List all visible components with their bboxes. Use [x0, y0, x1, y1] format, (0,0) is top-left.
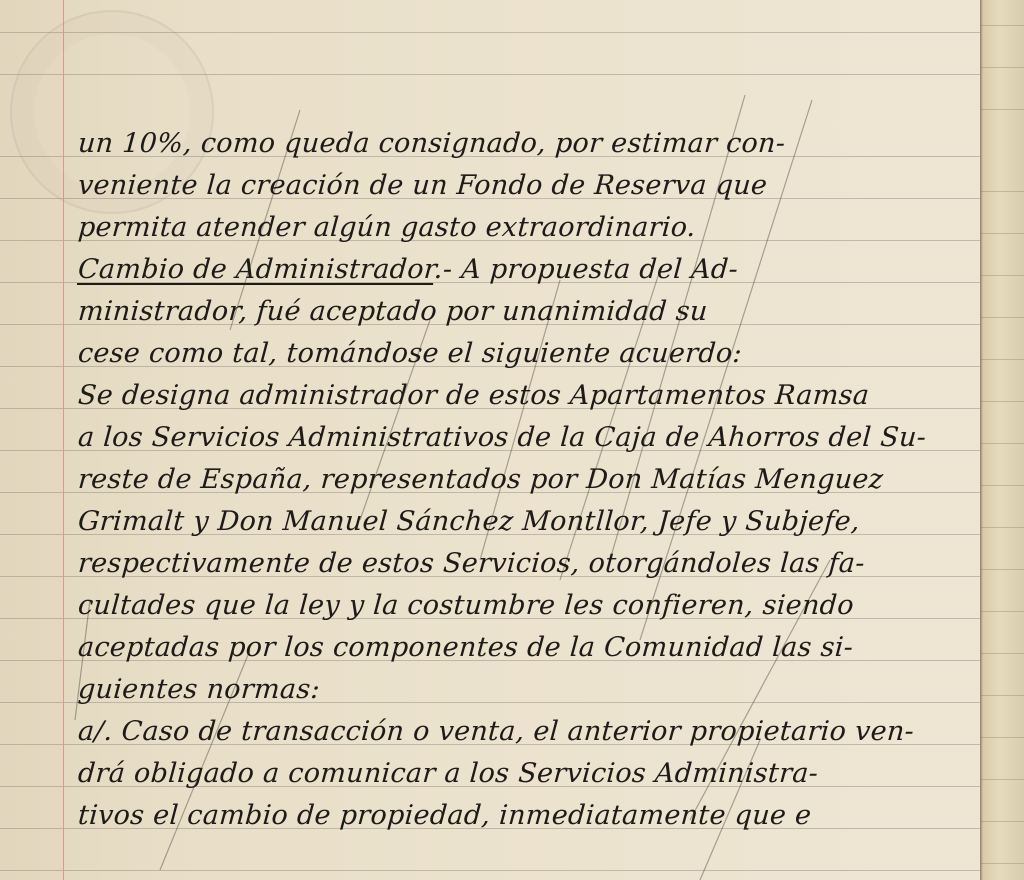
text-line: veniente la creación de un Fondo de Rese…	[77, 165, 970, 207]
text-line-with-heading: Cambio de Administrador.- A propuesta de…	[77, 249, 970, 291]
text-line: ministrador, fué aceptado por unanimidad…	[77, 291, 970, 333]
ledger-page: un 10%, como queda consignado, por estim…	[0, 0, 980, 880]
text-line: cultades que la ley y la costumbre les c…	[77, 585, 970, 627]
text-line: aceptadas por los componentes de la Comu…	[77, 627, 970, 669]
handwritten-text: un 10%, como queda consignado, por estim…	[78, 123, 968, 837]
text-line: reste de España, representados por Don M…	[77, 459, 970, 501]
text-line: Grimalt y Don Manuel Sánchez Montllor, J…	[77, 501, 970, 543]
text-line: cese como tal, tomándose el siguiente ac…	[77, 333, 970, 375]
text-line: tivos el cambio de propiedad, inmediatam…	[77, 795, 970, 837]
text-line: permita atender algún gasto extraordinar…	[77, 207, 970, 249]
text-line: a/. Caso de transacción o venta, el ante…	[77, 711, 970, 753]
section-heading: Cambio de Administrador	[77, 254, 435, 285]
text-line: a los Servicios Administrativos de la Ca…	[77, 417, 970, 459]
text-line: drá obligado a comunicar a los Servicios…	[77, 753, 970, 795]
text-line: Se designa administrador de estos Aparta…	[77, 375, 970, 417]
text-segment: .- A propuesta del Ad-	[433, 254, 739, 285]
text-line: un 10%, como queda consignado, por estim…	[77, 123, 970, 165]
book-spine-gutter	[980, 0, 1024, 880]
text-line: respectivamente de estos Servicios, otor…	[77, 543, 970, 585]
text-line: guientes normas:	[77, 669, 970, 711]
